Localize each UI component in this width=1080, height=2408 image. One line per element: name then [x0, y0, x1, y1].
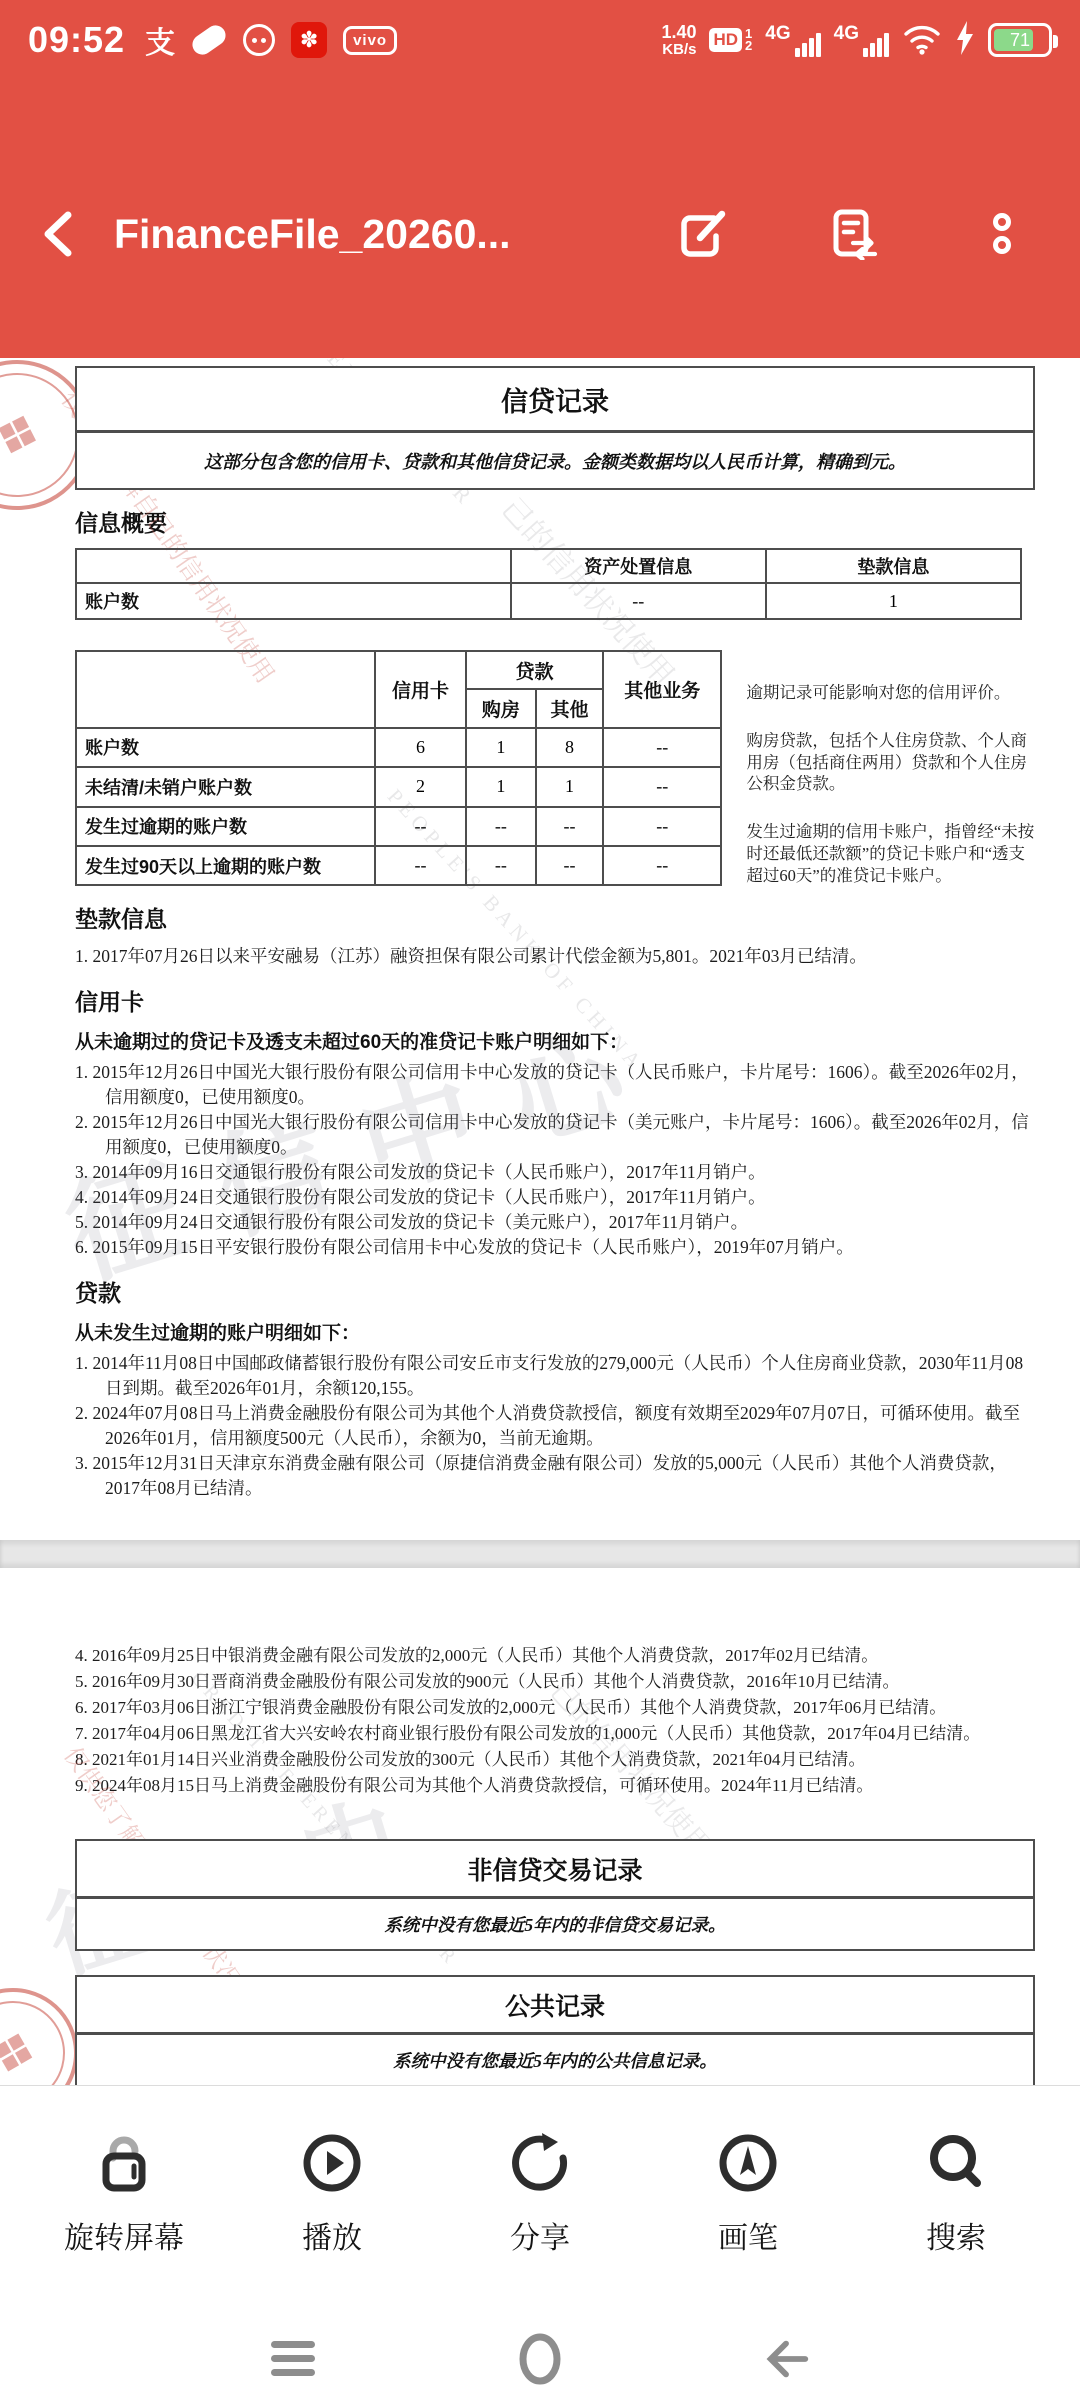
app-header: 09:52 支 ✽ vivo 1.40 KB/s HD 1 2: [0, 0, 1080, 358]
brush-button[interactable]: 画笔: [644, 2132, 852, 2310]
t2-header-loan-house: 购房: [466, 689, 536, 727]
credit-card-item: 2. 2015年12月26日中国光大银行股份有限公司信用卡中心发放的贷记卡（美元…: [75, 1110, 1035, 1160]
credit-record-subtitle: 这部分包含您的信用卡、贷款和其他信贷记录。金额类数据均以人民币计算，精确到元。: [77, 433, 1033, 488]
credit-record-title: 信贷记录: [77, 368, 1033, 433]
credit-card-item: 4. 2014年09月24日交通银行股份有限公司发放的贷记卡（人民币账户），20…: [75, 1185, 1035, 1210]
brush-icon: [717, 2132, 779, 2199]
summary-table-2: 信用卡 贷款 其他业务 购房 其他 账户数 6 1 8 --: [75, 650, 722, 886]
alipay-icon: 支: [145, 18, 175, 62]
red-app-icon: ✽: [291, 22, 327, 58]
back-nav-button[interactable]: [761, 2333, 813, 2385]
status-indicators: 1.40 KB/s HD 1 2 4G 4G: [661, 21, 1052, 60]
table-row: 账户数 6 1 8 --: [76, 728, 721, 767]
edit-button[interactable]: [676, 208, 728, 260]
share-button[interactable]: 分享: [436, 2132, 644, 2310]
play-icon: [301, 2132, 363, 2199]
t2-header-loan: 贷款: [466, 651, 603, 689]
table-side-notes: 逾期记录可能影响对您的信用评价。 购房贷款，包括个人住房贷款、个人商用房（包括商…: [746, 650, 1035, 886]
table-row: 发生过逾期的账户数 -- -- -- --: [76, 807, 721, 846]
summary-table-2-section: 信用卡 贷款 其他业务 购房 其他 账户数 6 1 8 --: [75, 650, 1035, 886]
t2-blank-header: [76, 651, 375, 728]
notification-icons: 支 ✽ vivo: [145, 18, 397, 62]
back-button[interactable]: [32, 208, 84, 260]
battery-icon: 71: [988, 23, 1052, 57]
vivo-badge: vivo: [343, 26, 397, 55]
charging-bolt-icon: [955, 21, 975, 60]
battery-percent: 71: [991, 26, 1049, 54]
sim1-signal-icon: 4G: [765, 24, 820, 57]
table-row: 发生过90天以上逾期的账户数 -- -- -- --: [76, 846, 721, 885]
non-credit-record-subtitle: 系统中没有您最近5年内的非信贷交易记录。: [77, 1899, 1033, 1949]
title-bar: FinanceFile_20260...: [0, 192, 1080, 276]
t2-header-other-biz: 其他业务: [603, 651, 721, 728]
pill-notification-icon: [189, 21, 230, 58]
side-note: 逾期记录可能影响对您的信用评价。: [746, 682, 1035, 704]
loan-heading: 贷款: [75, 1275, 1035, 1308]
rotate-screen-icon: [93, 2132, 155, 2199]
toolbar-label: 画笔: [718, 2213, 778, 2257]
loan-subheading: 从未发生过逾期的账户明细如下：: [75, 1318, 1035, 1345]
loan-item: 5. 2016年09月30日晋商消费金融股份有限公司发放的900元（人民币）其他…: [75, 1669, 1035, 1695]
toolbar-label: 搜索: [926, 2213, 986, 2257]
home-button[interactable]: [514, 2333, 566, 2385]
table-row: 未结清/未销户账户数 2 1 1 --: [76, 767, 721, 806]
document-title: FinanceFile_20260...: [114, 211, 511, 258]
t1-blank-header: [76, 549, 511, 583]
loan-item: 6. 2017年03月06日浙江宁银消费金融股份有限公司发放的2,000元（人民…: [75, 1695, 1035, 1721]
advance-item: 1. 2017年07月26日以来平安融易（江苏）融资担保有限公司累计代偿金额为5…: [75, 944, 1035, 969]
status-bar: 09:52 支 ✽ vivo 1.40 KB/s HD 1 2: [0, 14, 1080, 66]
public-record-subtitle: 系统中没有您最近5年内的公共信息记录。: [77, 2035, 1033, 2085]
t1-col-header: 垫款信息: [766, 549, 1021, 583]
sim2-signal-icon: 4G: [834, 24, 889, 57]
rotate-screen-button[interactable]: 旋转屏幕: [20, 2132, 228, 2310]
loan-item: 1. 2014年11月08日中国邮政储蓄银行股份有限公司安丘市支行发放的279,…: [75, 1351, 1035, 1401]
toolbar-label: 旋转屏幕: [64, 2213, 184, 2257]
t1-row-label: 账户数: [76, 583, 511, 619]
pdf-page-2: 征信中 CREDIT REFERENCE CENTER 仅供您了解自己的信用状况…: [0, 1568, 1080, 2085]
pdf-page-1: CREDIT REFERENCE CENTER 仅供您了解自己的信用状况使用 己…: [0, 358, 1080, 1540]
face-app-icon: [243, 24, 275, 56]
credit-card-item: 1. 2015年12月26日中国光大银行股份有限公司信用卡中心发放的贷记卡（人民…: [75, 1060, 1035, 1110]
loan-item: 8. 2021年01月14日兴业消费金融股份公司发放的300元（人民币）其他个人…: [75, 1747, 1035, 1773]
non-credit-record-box: 非信贷交易记录 系统中没有您最近5年内的非信贷交易记录。: [75, 1839, 1035, 1951]
loan-item: 3. 2015年12月31日天津京东消费金融有限公司（原捷信消费金融有限公司）发…: [75, 1451, 1035, 1501]
pdf-viewer[interactable]: CREDIT REFERENCE CENTER 仅供您了解自己的信用状况使用 己…: [0, 358, 1080, 2085]
loan-item: 4. 2016年09月25日中银消费金融有限公司发放的2,000元（人民币）其他…: [75, 1643, 1035, 1669]
recents-menu-button[interactable]: [267, 2333, 319, 2385]
public-record-box: 公共记录 系统中没有您最近5年内的公共信息记录。: [75, 1975, 1035, 2085]
side-note: 发生过逾期的信用卡账户，指曾经“未按时还最低还款额”的贷记卡账户和“透支超过60…: [746, 821, 1035, 886]
phone-screen: 09:52 支 ✽ vivo 1.40 KB/s HD 1 2: [0, 0, 1080, 2408]
credit-card-item: 5. 2014年09月24日交通银行股份有限公司发放的贷记卡（美元账户），201…: [75, 1210, 1035, 1235]
network-speed: 1.40 KB/s: [661, 23, 696, 57]
toolbar-label: 播放: [302, 2213, 362, 2257]
credit-card-subheading: 从未逾期过的贷记卡及透支未超过60天的准贷记卡账户明细如下：: [75, 1027, 1035, 1054]
non-credit-record-title: 非信贷交易记录: [77, 1841, 1033, 1899]
advance-heading: 垫款信息: [75, 901, 1035, 934]
summary-table-1: 资产处置信息 垫款信息 账户数 -- 1: [75, 548, 1022, 620]
t2-header-loan-other: 其他: [536, 689, 603, 727]
credit-card-item: 6. 2015年09月15日平安银行股份有限公司信用卡中心发放的贷记卡（人民币账…: [75, 1235, 1035, 1260]
credit-card-heading: 信用卡: [75, 984, 1035, 1017]
toolbar-label: 分享: [510, 2213, 570, 2257]
share-icon: [509, 2132, 571, 2199]
search-button[interactable]: 搜索: [852, 2132, 1060, 2310]
play-button[interactable]: 播放: [228, 2132, 436, 2310]
t1-col-header: 资产处置信息: [511, 549, 766, 583]
more-options-button[interactable]: [976, 208, 1028, 260]
page-separator: [0, 1540, 1080, 1568]
clock: 09:52: [28, 19, 125, 61]
wifi-icon: [902, 21, 942, 60]
table-row: 账户数 -- 1: [76, 583, 1021, 619]
public-record-title: 公共记录: [77, 1977, 1033, 2035]
system-navigation-bar: [0, 2310, 1080, 2408]
search-icon: [925, 2132, 987, 2199]
loan-item: 2. 2024年07月08日马上消费金融股份有限公司为其他个人消费贷款授信，额度…: [75, 1401, 1035, 1451]
loan-item: 7. 2017年04月06日黑龙江省大兴安岭农村商业银行股份有限公司发放的1,0…: [75, 1721, 1035, 1747]
t1-cell: --: [511, 583, 766, 619]
hd-voice-icon: HD 1 2: [709, 28, 752, 53]
convert-document-button[interactable]: [826, 208, 878, 260]
credit-card-item: 3. 2014年09月16日交通银行股份有限公司发放的贷记卡（人民币账户），20…: [75, 1160, 1035, 1185]
side-note: 购房贷款，包括个人住房贷款、个人商用房（包括商住两用）贷款和个人住房公积金贷款。: [746, 730, 1035, 795]
document-toolbar: 旋转屏幕 播放 分享 画笔 搜索: [0, 2085, 1080, 2310]
loan-item: 9. 2024年08月15日马上消费金融股份有限公司为其他个人消费贷款授信，可循…: [75, 1773, 1035, 1799]
credit-record-box: 信贷记录 这部分包含您的信用卡、贷款和其他信贷记录。金额类数据均以人民币计算，精…: [75, 366, 1035, 490]
t2-header-credit-card: 信用卡: [375, 651, 466, 728]
t1-cell: 1: [766, 583, 1021, 619]
summary-heading: 信息概要: [75, 505, 1035, 538]
